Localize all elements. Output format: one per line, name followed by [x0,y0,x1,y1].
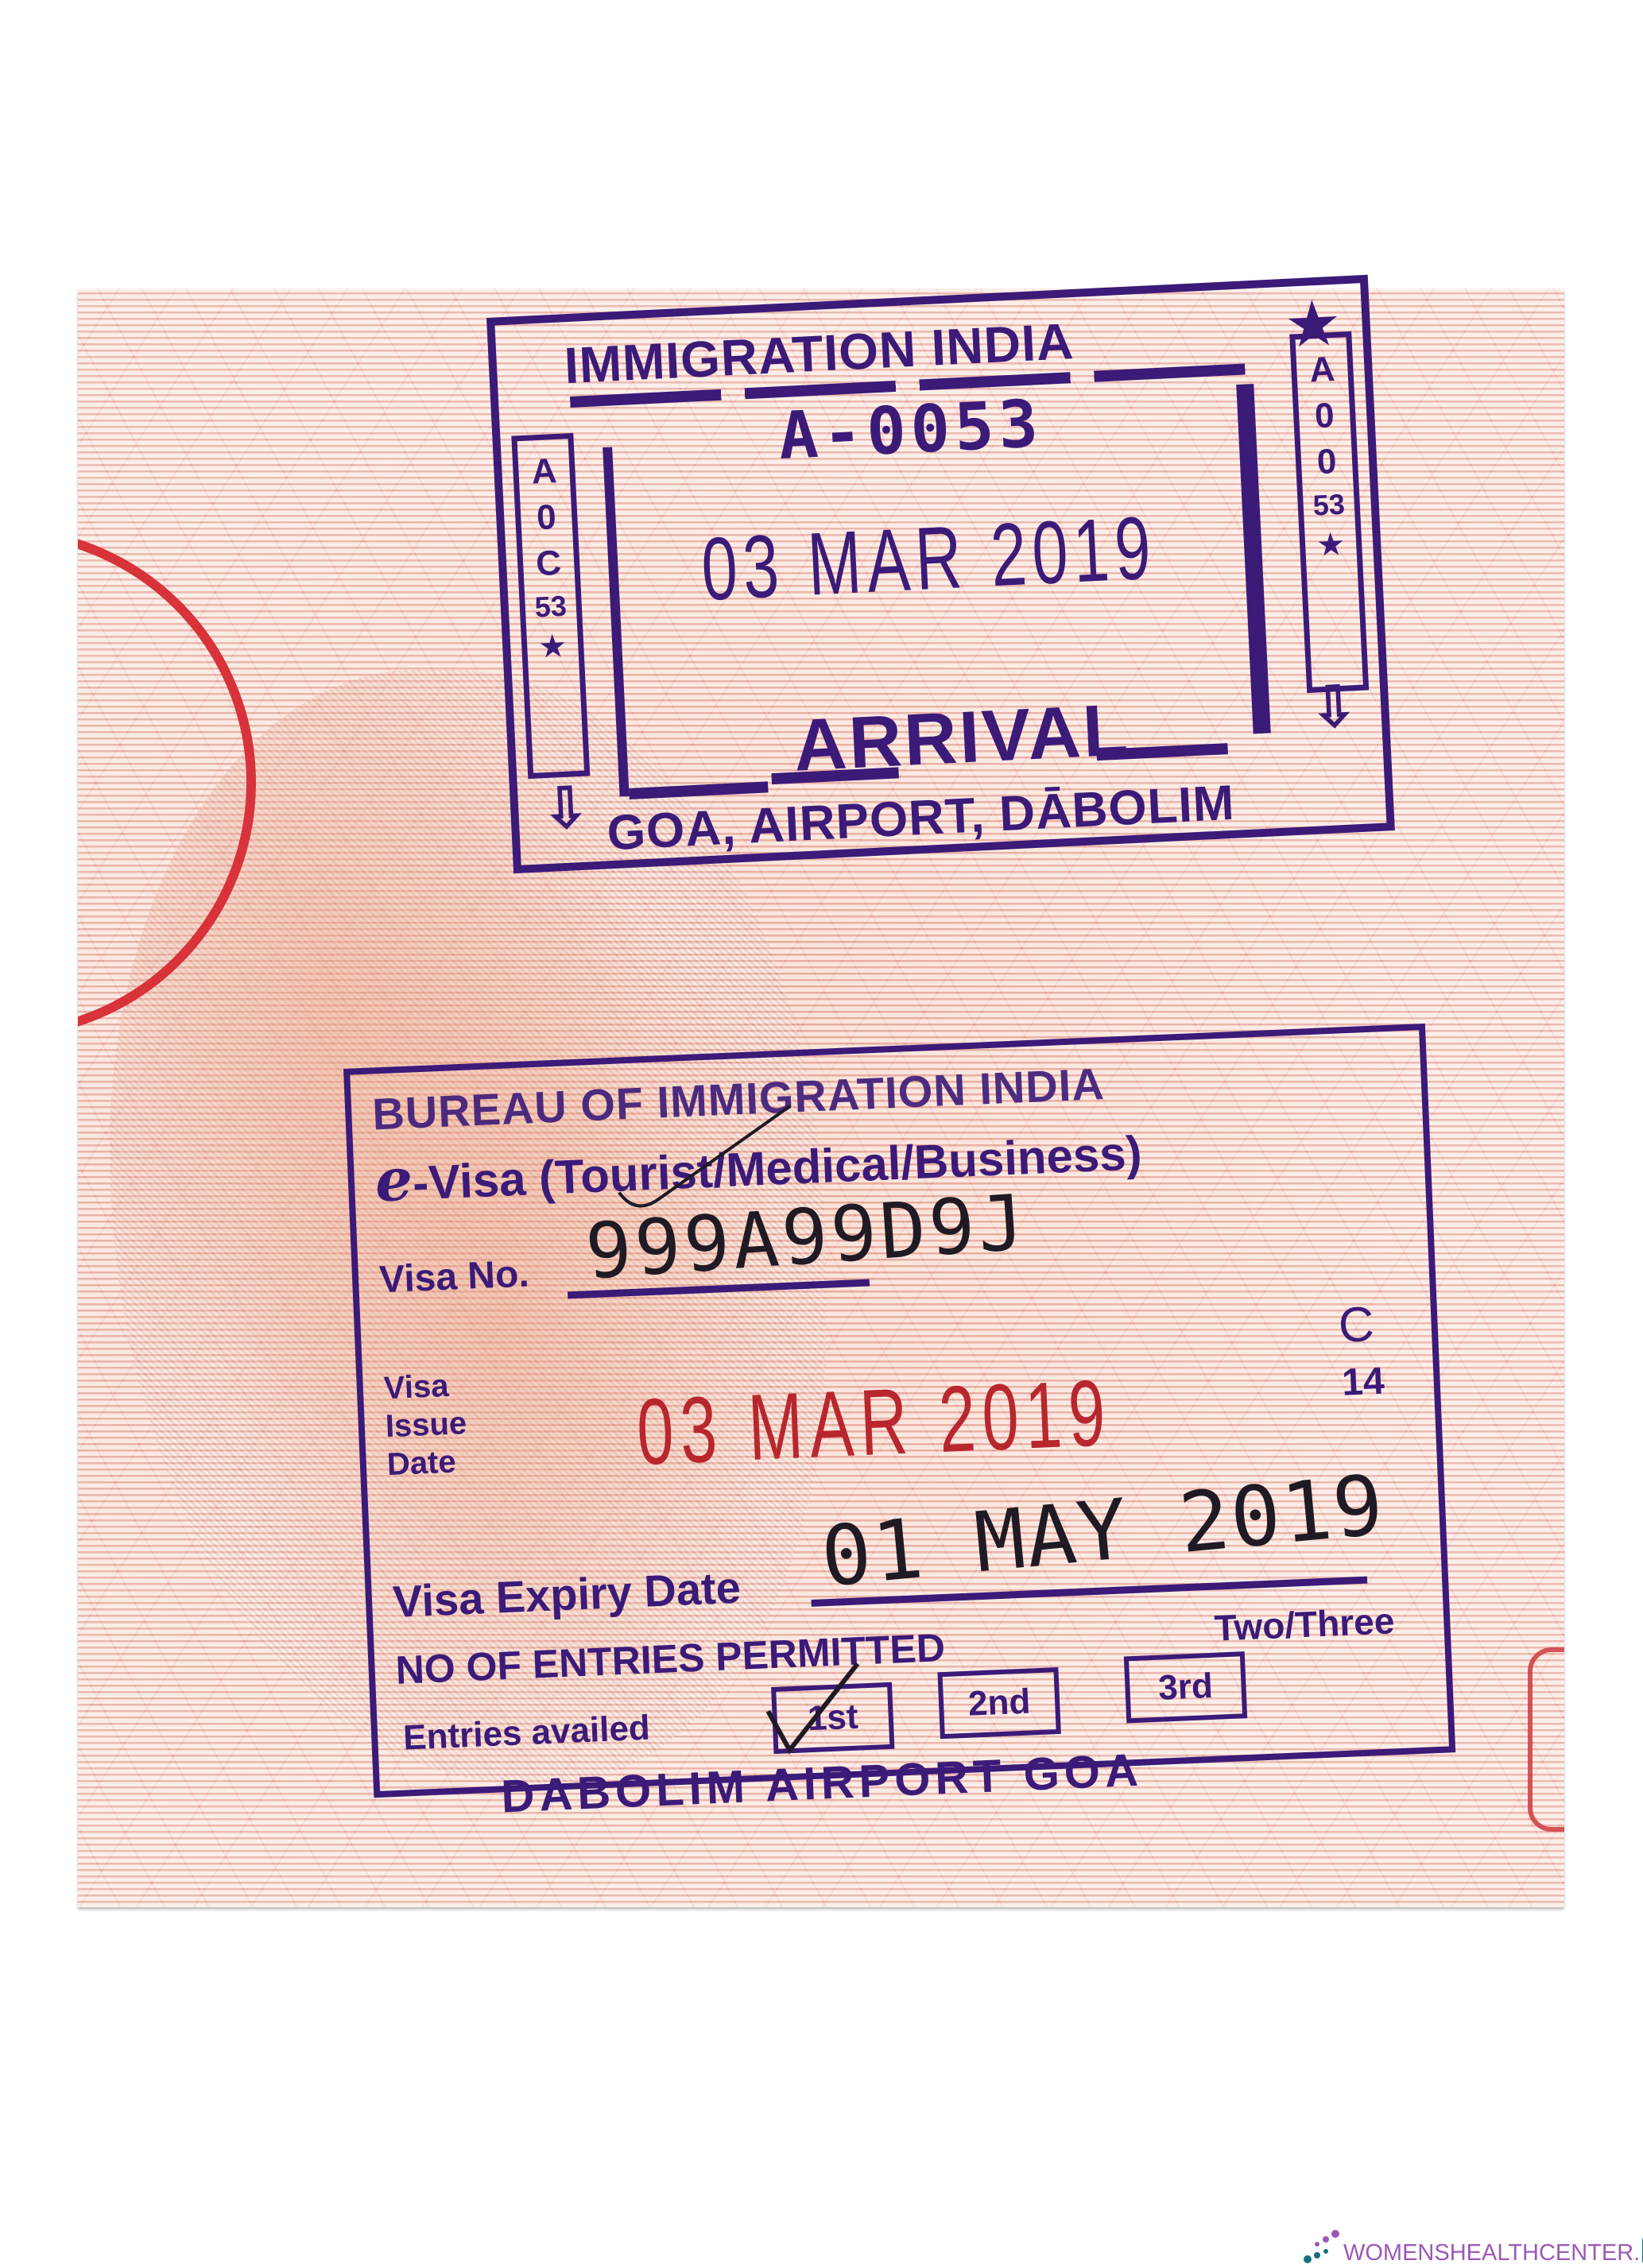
issue-date-value: 03 MAR 2019 [635,1359,1114,1487]
issue-label-line: Issue [385,1404,467,1446]
stamp-code-letter: C [1337,1296,1375,1354]
arrow-down-icon: ⇩ [1309,673,1359,741]
star-icon: ★ [1317,530,1344,560]
strip-char: 0 [536,500,557,536]
strip-char: 0 [1316,444,1338,480]
strip-char: 53 [1312,490,1346,521]
entry-box-3rd: 3rd [1124,1651,1247,1723]
entry-box-2nd: 2nd [937,1667,1060,1739]
womenshealthcenter-logo: WOMENSHEALTHCENTER. ORG [1304,2217,1643,2265]
strip-char: C [535,546,562,582]
logo-text: WOMENSHEALTHCENTER. [1343,2242,1640,2265]
strip-char: A [531,454,558,490]
strip-char: A [1309,352,1336,388]
arrival-stamp-code: A-0053 [777,386,1044,474]
issue-label-line: Visa [383,1366,466,1407]
strip-char: 0 [1314,398,1335,434]
red-seal-fragment [1528,1647,1564,1832]
evisa-stamp: BUREAU OF IMMIGRATION INDIA e-Visa (Tour… [343,1024,1455,1798]
stamp-code-number: 14 [1341,1360,1385,1405]
checkmark-icon [750,1659,866,1759]
issue-date-label: Visa Issue Date [383,1366,469,1484]
entries-permitted-value: Two/Three [1214,1599,1396,1649]
evisa-e-letter: e [374,1146,414,1216]
strip-char: 53 [534,592,568,622]
arrival-stamp: IMMIGRATION INDIA ★ A-0053 03 MAR 2019 A… [486,275,1395,873]
visa-no-label: Visa No. [378,1252,530,1302]
arrow-down-icon: ⇩ [541,774,591,842]
star-icon: ★ [539,632,566,662]
logo-dots-icon [1304,2230,1340,2265]
issue-label-line: Date [386,1442,469,1484]
